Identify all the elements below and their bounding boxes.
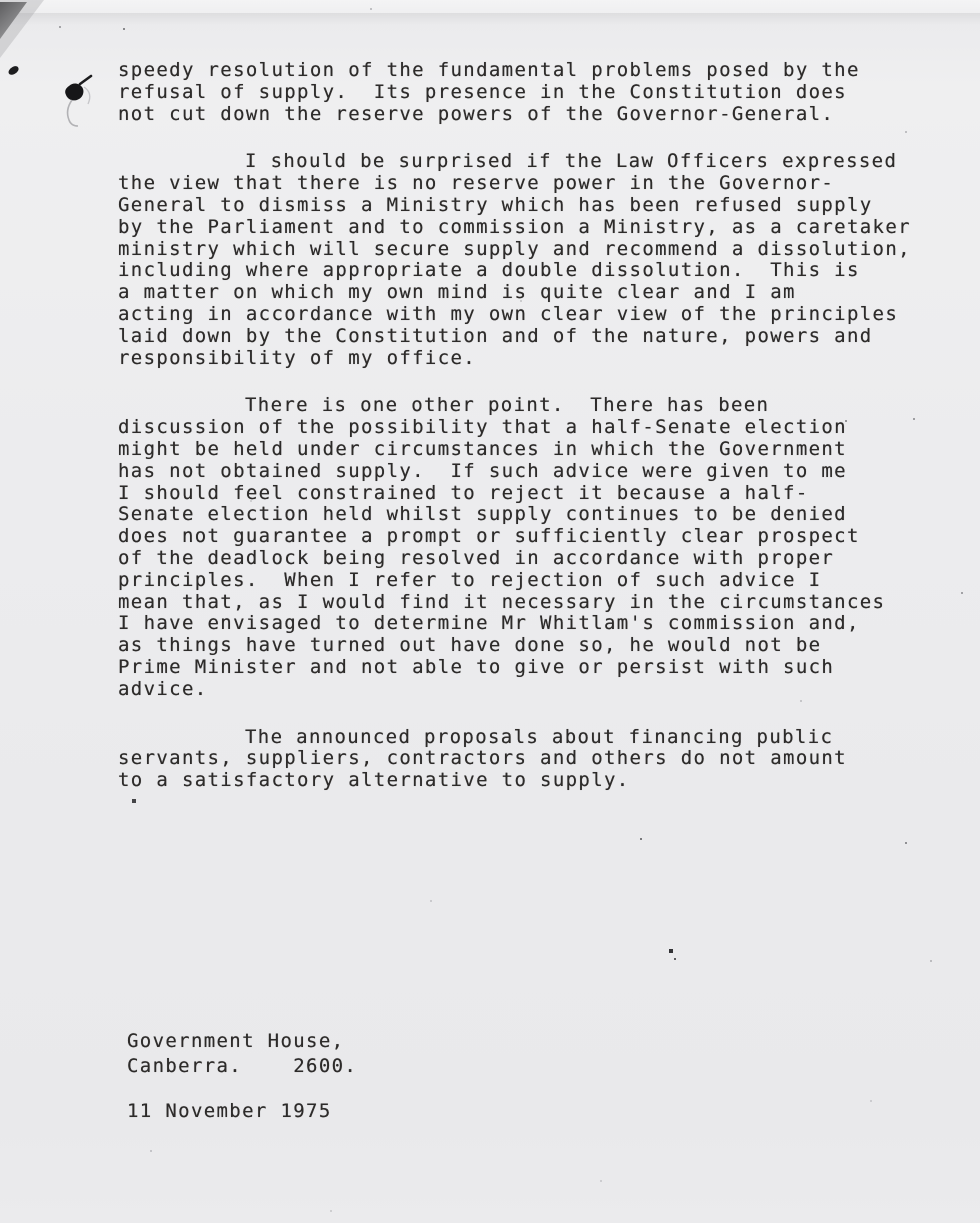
text-line: discussion of the possibility that a hal… (118, 417, 950, 439)
text-line: might be held under circumstances in whi… (118, 439, 950, 461)
text-line: I should feel constrained to reject it b… (118, 483, 950, 505)
text-line: as things have turned out have done so, … (118, 635, 950, 657)
sender-address-line: Government House, (127, 1029, 950, 1055)
text-line: a matter on which my own mind is quite c… (118, 282, 950, 304)
text-line: advice. (118, 679, 950, 701)
text-line: responsibility of my office. (118, 348, 950, 370)
text-line: I have envisaged to determine Mr Whitlam… (118, 613, 950, 635)
text-line: laid down by the Constitution and of the… (118, 326, 950, 348)
text-line: principles. When I refer to rejection of… (118, 570, 950, 592)
paragraph: I should be surprised if the Law Officer… (118, 151, 950, 369)
text-line: Prime Minister and not able to give or p… (118, 657, 950, 679)
paragraph: The announced proposals about financing … (118, 727, 950, 792)
ink-blot-mark (56, 74, 102, 134)
text-line: has not obtained supply. If such advice … (118, 461, 950, 483)
text-line: servants, suppliers, contractors and oth… (118, 748, 950, 770)
text-line: not cut down the reserve powers of the G… (118, 104, 950, 126)
ink-blot-icon (56, 74, 102, 130)
scanned-document-page: speedy resolution of the fundamental pro… (0, 0, 980, 1223)
text-line: There is one other point. There has been (118, 395, 950, 417)
letter-body: speedy resolution of the fundamental pro… (118, 60, 950, 1124)
date-line: 11 November 1975 (127, 1099, 950, 1125)
text-line: of the deadlock being resolved in accord… (118, 548, 950, 570)
scan-band-artifact (0, 13, 980, 25)
text-line: speedy resolution of the fundamental pro… (118, 60, 950, 82)
text-line: acting in accordance with my own clear v… (118, 304, 950, 326)
text-line: I should be surprised if the Law Officer… (118, 151, 950, 173)
paragraph: speedy resolution of the fundamental pro… (118, 60, 950, 125)
text-line: mean that, as I would find it necessary … (118, 592, 950, 614)
text-line: the view that there is no reserve power … (118, 173, 950, 195)
text-line: The announced proposals about financing … (118, 727, 950, 749)
text-line: does not guarantee a prompt or sufficien… (118, 526, 950, 548)
text-line: refusal of supply. Its presence in the C… (118, 82, 950, 104)
text-line: Senate election held whilst supply conti… (118, 504, 950, 526)
sender-address-line: Canberra. 2600. (127, 1054, 950, 1080)
paragraph: There is one other point. There has been… (118, 395, 950, 700)
text-line: ministry which will secure supply and re… (118, 239, 950, 261)
text-line: General to dismiss a Ministry which has … (118, 195, 950, 217)
text-line: to a satisfactory alternative to supply. (118, 770, 950, 792)
ink-speck (7, 65, 20, 76)
letter-closing: Government House, Canberra. 2600. 11 Nov… (118, 1029, 950, 1125)
text-line: including where appropriate a double dis… (118, 260, 950, 282)
text-line: by the Parliament and to commission a Mi… (118, 217, 950, 239)
paper-specks (0, 0, 2, 2)
